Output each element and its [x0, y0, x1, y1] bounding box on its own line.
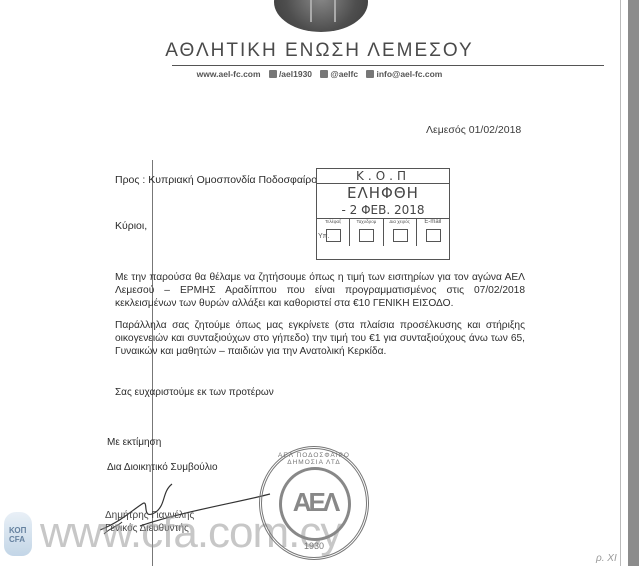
facebook-handle: /ael1930 — [279, 69, 312, 79]
closing-regards: Με εκτίμηση — [107, 437, 161, 448]
stamp-cell-fax: Τελέφαξ Υπ. — [317, 219, 350, 246]
stamp-status: ΕΛΗΦΘΗ — [317, 184, 449, 202]
closing-on-behalf: Δια Διοικητικό Συμβούλιο — [107, 462, 218, 473]
stamp-date: - 2 ΦΕΒ. 2018 — [317, 202, 449, 219]
checkbox — [426, 229, 441, 242]
instagram-handle: @aelfc — [330, 69, 358, 79]
checkbox — [326, 229, 341, 242]
instagram-icon — [320, 70, 328, 78]
stamp-org: Κ.Ο.Π — [317, 169, 449, 184]
seal-year: 1930 — [262, 541, 366, 551]
email-icon — [366, 70, 374, 78]
seal-monogram: ΑΕΛ — [282, 487, 348, 518]
stamp-cell-post: Ταχυδρομ — [350, 219, 383, 246]
scan-edge — [628, 0, 639, 566]
checkbox — [393, 229, 408, 242]
checkbox — [359, 229, 374, 242]
received-stamp: Κ.Ο.Π ΕΛΗΦΘΗ - 2 ΦΕΒ. 2018 Τελέφαξ Υπ. Τ… — [316, 168, 450, 260]
letterhead-divider — [172, 65, 604, 66]
marginal-note: ρ. ΧΙ — [596, 553, 617, 564]
stamp-cell-hand: Δια χειρός — [384, 219, 417, 246]
email-address: info@ael-fc.com — [376, 69, 442, 79]
thanks-line: Σας ευχαριστούμε εκ των προτέρων — [115, 387, 274, 398]
cfa-logo-icon: ΚΟΠ CFA — [4, 512, 32, 556]
recipient-line: Προς : Κυπριακή Ομοσπονδία Ποδοσφαίρου — [115, 174, 323, 186]
scan-edge-line — [620, 0, 621, 566]
seal-ring-text: ΑΕΛ ΠΟΔΟΣΦΑΙΡΟ ΔΗΜΟΣΙΑ ΛΤΔ — [262, 452, 366, 466]
body-paragraph-2: Παράλληλα σας ζητούμε όπως μας εγκρίνετε… — [115, 319, 525, 358]
contact-line: www.ael-fc.com /ael1930 @aelfc info@ael-… — [0, 69, 639, 79]
club-crest-icon — [274, 0, 368, 32]
letter-date: Λεμεσός 01/02/2018 — [426, 124, 521, 136]
salutation: Κύριοι, — [115, 220, 147, 232]
website-text: www.ael-fc.com — [197, 69, 261, 79]
facebook-icon — [269, 70, 277, 78]
club-seal: ΑΕΛ ΠΟΔΟΣΦΑΙΡΟ ΔΗΜΟΣΙΑ ΛΤΔ ΑΕΛ 1930 — [259, 446, 369, 560]
body-paragraph-1: Με την παρούσα θα θέλαμε να ζητήσουμε όπ… — [115, 271, 525, 310]
organization-name: ΑΘΛΗΤΙΚΗ ΕΝΩΣΗ ΛΕΜΕΣΟΥ — [0, 40, 639, 62]
stamp-cell-email: E-mail — [417, 219, 449, 246]
